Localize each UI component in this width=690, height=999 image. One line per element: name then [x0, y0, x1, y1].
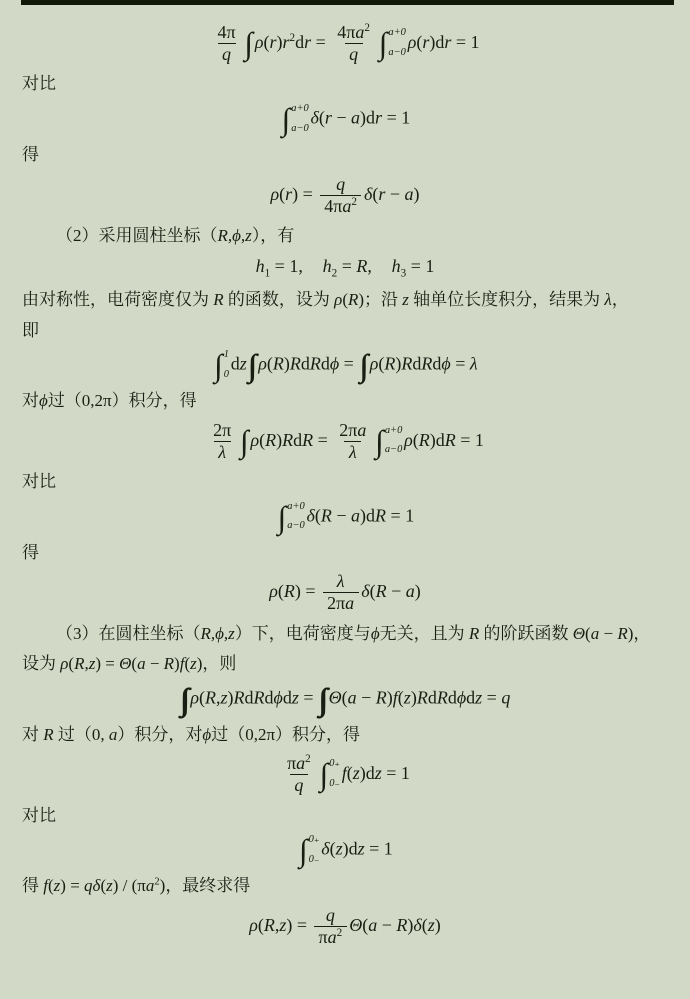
- math-variable: h: [392, 256, 401, 276]
- math-variable: a: [351, 108, 360, 128]
- para-phi-integration-1: 对ϕ过（0,2π）积分，得: [22, 388, 668, 414]
- math-roman: ,: [367, 256, 372, 276]
- math-variable: z: [336, 839, 343, 859]
- math-variable: r: [375, 108, 382, 128]
- math-roman: d: [295, 32, 304, 52]
- formula-rho-Rz-result: ρ(R,z) = qπa2Θ(a − R)δ(z): [22, 905, 668, 948]
- math-variable: ϕ: [457, 687, 466, 707]
- math-variable: a: [137, 654, 146, 673]
- math-variable: R: [419, 429, 430, 449]
- text-run: 得: [22, 543, 39, 562]
- upper-limit: 0₊: [309, 835, 320, 845]
- denominator: 2πa: [323, 592, 359, 614]
- para-compare-3: 对比: [22, 803, 668, 829]
- integral: ∫: [244, 27, 253, 60]
- text-run: 过（0,2π）积分，得: [48, 391, 197, 410]
- math-variable: a: [351, 505, 360, 525]
- math-roman: 4π: [324, 196, 342, 216]
- math-variable: δ: [321, 839, 329, 859]
- math-variable: ϕ: [441, 354, 450, 374]
- integral-stroke: ∫: [318, 683, 327, 716]
- math-roman: =: [337, 256, 356, 276]
- fraction: λ2πa: [323, 571, 359, 614]
- math-roman: −: [332, 505, 351, 525]
- text-run: 对比: [22, 472, 56, 491]
- integral-glyph: ∫∫∫: [181, 683, 188, 716]
- math-roman: ) =: [295, 581, 320, 601]
- lower-limit: a−0: [385, 445, 402, 455]
- numerator: λ: [332, 571, 349, 592]
- math-variable: R: [469, 624, 479, 643]
- formula-cylindrical-normalization: 2πλ∫ρ(R)RdR = 2πaλ∫a+0a−0ρ(R)dR = 1: [22, 420, 668, 463]
- text-run: 对比: [22, 74, 56, 93]
- integral-glyph: ∫: [320, 758, 329, 791]
- math-variable: R: [445, 429, 456, 449]
- math-roman: =: [311, 32, 330, 52]
- math-variable: a: [348, 687, 357, 707]
- math-variable: δ: [361, 581, 369, 601]
- math-variable: z: [353, 763, 360, 783]
- math-variable: R: [164, 654, 174, 673]
- integral-stroke: ∫: [248, 349, 257, 382]
- page-top-border: [21, 0, 674, 5]
- integral-stroke: ∫: [240, 425, 249, 458]
- integral-glyph: ∫: [299, 834, 308, 867]
- math-roman: = 1: [382, 108, 410, 128]
- math-variable: ρ: [404, 429, 413, 449]
- integral-stroke: ∫: [282, 103, 291, 136]
- text-run: 对: [22, 391, 39, 410]
- math-variable: ρ: [190, 687, 199, 707]
- formula-delta-z-normalization: ∫0₊0₋δ(z)dz = 1: [22, 834, 668, 867]
- text-run: ），有: [252, 226, 295, 245]
- integral-limits: a+0a−0: [290, 103, 308, 136]
- math-variable: R: [302, 429, 313, 449]
- math-roman: −: [377, 915, 396, 935]
- text-run: 得: [22, 876, 43, 895]
- para-part3-intro: （3）在圆柱坐标（R,ϕ,z）下，电荷密度与ϕ无关，且为 R 的阶跃函数 Θ(a…: [22, 621, 668, 647]
- text-run: 的函数，设为: [224, 290, 335, 309]
- integral-stroke: ∫: [359, 349, 368, 382]
- para-compare-1: 对比: [22, 71, 668, 97]
- math-variable: R: [401, 354, 412, 374]
- integral-limits: a+0a−0: [387, 27, 405, 60]
- integral-glyph: ∫: [375, 425, 384, 458]
- integral-limits: 10: [223, 349, 229, 382]
- math-variable: ϕ: [371, 624, 380, 643]
- para-that-is: 即: [22, 318, 668, 344]
- math-roman: = 1,: [270, 256, 303, 276]
- math-roman: d: [466, 687, 475, 707]
- integral: ∫0₊0₋: [299, 834, 319, 867]
- math-variable: Θ: [573, 624, 585, 643]
- math-roman: ): [414, 183, 420, 203]
- text-run: （2）采用圆柱坐标（: [56, 226, 218, 245]
- math-roman: 2π: [327, 593, 345, 613]
- integral-glyph: ∫: [214, 349, 223, 382]
- integral-stroke: ∫: [180, 683, 189, 716]
- integral-stroke: ∫: [379, 27, 388, 60]
- text-run: 对比: [22, 806, 56, 825]
- upper-limit: a+0: [287, 502, 304, 512]
- text-run: ）积分，对: [117, 725, 202, 744]
- text-run: 轴单位长度积分，结果为: [409, 290, 605, 309]
- formula-delta-R-normalization: ∫a+0a−0δ(R − a)dR = 1: [22, 501, 668, 534]
- math-variable: R: [617, 624, 627, 643]
- math-variable: r: [325, 108, 332, 128]
- math-variable: R: [396, 915, 407, 935]
- math-roman: 4π: [218, 22, 236, 42]
- formula-spherical-normalization: 4πq∫ρ(r)r2dr = 4πa2q∫a+0a−0ρ(r)dr = 1: [22, 22, 668, 65]
- math-variable: R: [417, 687, 428, 707]
- math-roman: = 1: [456, 429, 484, 449]
- math-variable: z: [358, 839, 365, 859]
- math-variable: R: [290, 354, 301, 374]
- fraction: 2πλ: [209, 420, 236, 463]
- math-variable: R: [384, 354, 395, 374]
- math-variable: R: [74, 654, 84, 673]
- math-variable: h: [323, 256, 332, 276]
- math-variable: R: [43, 725, 53, 744]
- math-variable: λ: [470, 354, 478, 374]
- integral-glyph: ∫∫: [249, 349, 257, 382]
- math-roman: =: [482, 687, 501, 707]
- math-roman: )d: [360, 763, 375, 783]
- integral-limits: 0₊0₋: [328, 758, 340, 791]
- math-variable: a: [406, 581, 415, 601]
- math-variable: R: [273, 354, 284, 374]
- math-roman: −: [387, 581, 406, 601]
- integral: ∫a+0a−0: [375, 425, 402, 458]
- text-run: ；沿: [364, 290, 402, 309]
- lower-limit: 0₋: [329, 779, 340, 789]
- integral: ∫: [240, 425, 249, 458]
- lower-limit: 0: [224, 370, 229, 380]
- superscript: 2: [364, 22, 370, 34]
- math-variable: a: [368, 915, 377, 935]
- text-run: 过（0,2π）积分，得: [211, 725, 360, 744]
- integral-limits: a+0a−0: [384, 425, 402, 458]
- text-run: 无关，且为: [380, 624, 469, 643]
- integral-stroke: ∫: [299, 834, 308, 867]
- math-variable: r: [283, 32, 290, 52]
- upper-limit: a+0: [385, 426, 402, 436]
- math-variable: a: [345, 593, 354, 613]
- text-run: 对: [22, 725, 43, 744]
- math-roman: d: [283, 687, 292, 707]
- upper-limit: a+0: [388, 28, 405, 38]
- math-variable: z: [428, 915, 435, 935]
- lower-limit: a−0: [291, 124, 308, 134]
- math-roman: 2π: [213, 420, 231, 440]
- math-variable: R: [282, 429, 293, 449]
- denominator: q: [345, 43, 363, 65]
- para-symmetry: 由对称性，电荷密度仅为 R 的函数，设为 ρ(R)；沿 z 轴单位长度积分，结果…: [22, 287, 668, 313]
- math-variable: R: [265, 429, 276, 449]
- integral: ∫0₊0₋: [320, 758, 340, 791]
- para-obtain-1: 得: [22, 142, 668, 168]
- math-roman: =: [451, 354, 470, 374]
- math-variable: λ: [349, 442, 357, 462]
- formula-lame-coefficients: h1 = 1,h2 = R,h3 = 1: [22, 255, 668, 282]
- numerator: 4π: [213, 22, 240, 43]
- para-part3-setup: 设为 ρ(R,z) = Θ(a − R)f(z)，则: [22, 651, 668, 677]
- integral-stroke: ∫: [320, 758, 329, 791]
- math-roman: 4π: [337, 22, 355, 42]
- numerator: q: [332, 174, 350, 195]
- math-variable: δ: [307, 505, 315, 525]
- text-run: ，: [633, 624, 650, 643]
- document-page: 4πq∫ρ(r)r2dr = 4πa2q∫a+0a−0ρ(r)dr = 1对比∫…: [0, 0, 690, 999]
- math-variable: ϕ: [39, 391, 48, 410]
- math-variable: ϕ: [202, 725, 211, 744]
- math-variable: Θ: [119, 654, 131, 673]
- numerator: 2πa: [335, 420, 371, 441]
- para-part2-intro: （2）采用圆柱坐标（R,ϕ,z），有: [22, 223, 668, 249]
- math-variable: r: [269, 32, 276, 52]
- math-roman: 2π: [339, 420, 357, 440]
- math-variable: ρ: [249, 915, 258, 935]
- math-variable: a: [328, 927, 337, 947]
- integral-stroke: ∫: [244, 27, 253, 60]
- integral-stroke: ∫: [214, 349, 223, 382]
- math-variable: q: [326, 905, 335, 925]
- math-variable: z: [190, 654, 197, 673]
- math-variable: R: [233, 687, 244, 707]
- fraction: 2πaλ: [335, 420, 371, 463]
- math-variable: z: [106, 876, 113, 895]
- math-roman: =: [313, 429, 332, 449]
- para-final-fz: 得 f(z) = qδ(z) / (πa2)，最终求得: [22, 873, 668, 899]
- math-roman: d: [428, 687, 437, 707]
- math-variable: ϕ: [330, 354, 339, 374]
- math-roman: )d: [360, 505, 375, 525]
- text-run: （3）在圆柱坐标（: [56, 624, 201, 643]
- math-roman: = 1: [382, 763, 410, 783]
- superscript: 2: [337, 927, 343, 939]
- denominator: λ: [214, 441, 231, 463]
- math-roman: −: [599, 624, 617, 643]
- math-roman: ) / (π: [113, 876, 146, 895]
- math-variable: R: [437, 687, 448, 707]
- upper-limit: 0₊: [329, 759, 340, 769]
- integral: ∫∫: [360, 349, 368, 382]
- math-variable: h: [256, 256, 265, 276]
- math-variable: q: [349, 44, 358, 64]
- math-roman: ) =: [60, 876, 84, 895]
- math-variable: R: [375, 505, 386, 525]
- fraction: 4πa2q: [333, 22, 375, 65]
- numerator: q: [321, 905, 339, 926]
- math-roman: ) =: [95, 654, 119, 673]
- math-variable: z: [292, 687, 299, 707]
- math-variable: ϕ: [273, 687, 282, 707]
- integral-limits: a+0a−0: [286, 501, 304, 534]
- integral-glyph: ∫: [278, 501, 287, 534]
- text-run: 设为: [22, 654, 60, 673]
- math-variable: R: [376, 581, 387, 601]
- math-variable: R: [310, 354, 321, 374]
- math-variable: q: [501, 687, 510, 707]
- math-roman: =: [339, 354, 358, 374]
- lower-limit: a−0: [388, 48, 405, 58]
- math-roman: )d: [360, 108, 375, 128]
- text-run: ，则: [202, 654, 236, 673]
- math-roman: −: [332, 108, 351, 128]
- math-variable: a: [357, 420, 366, 440]
- formula-line-charge-integral: ∫10dz∫∫ρ(R)RdRdϕ = ∫∫ρ(R)RdRdϕ = λ: [22, 349, 668, 382]
- math-variable: R,ϕ,z: [218, 226, 252, 245]
- math-roman: = 1: [406, 256, 434, 276]
- text-run: 的阶跃函数: [479, 624, 573, 643]
- math-roman: )d: [430, 429, 445, 449]
- math-variable: δ: [311, 108, 319, 128]
- math-variable: q: [336, 174, 345, 194]
- integral-glyph: ∫: [244, 27, 253, 60]
- math-variable: R: [356, 256, 367, 276]
- math-variable: ρ: [250, 429, 259, 449]
- math-variable: z: [404, 687, 411, 707]
- solution-text-body: 4πq∫ρ(r)r2dr = 4πa2q∫a+0a−0ρ(r)dr = 1对比∫…: [22, 22, 668, 948]
- math-roman: ): [415, 581, 421, 601]
- text-run: 得: [22, 145, 39, 164]
- integral-stroke: ∫: [375, 425, 384, 458]
- integral-stroke: ∫: [278, 501, 287, 534]
- math-variable: a: [296, 753, 305, 773]
- math-variable: R: [264, 915, 275, 935]
- text-run: 即: [22, 321, 39, 340]
- integral: ∫a+0a−0: [278, 501, 305, 534]
- denominator: λ: [344, 441, 361, 463]
- integral-limits: 0₊0₋: [308, 834, 320, 867]
- denominator: πa2: [314, 926, 347, 948]
- math-roman: = 1: [386, 505, 414, 525]
- denominator: q: [290, 774, 308, 796]
- numerator: πa2: [283, 753, 316, 774]
- math-variable: Θ: [329, 687, 342, 707]
- math-roman: d: [293, 429, 302, 449]
- math-variable: R: [376, 687, 387, 707]
- math-variable: q: [294, 775, 303, 795]
- math-variable: a: [591, 624, 600, 643]
- para-compare-2: 对比: [22, 469, 668, 495]
- math-variable: R: [348, 290, 358, 309]
- numerator: 2π: [209, 420, 236, 441]
- math-variable: z: [375, 763, 382, 783]
- integral: ∫∫: [249, 349, 257, 382]
- math-variable: Θ: [349, 915, 362, 935]
- math-roman: −: [146, 654, 164, 673]
- integral-glyph: ∫: [240, 425, 249, 458]
- math-variable: q: [222, 44, 231, 64]
- para-R-phi-integration: 对 R 过（0, a）积分，对ϕ过（0,2π）积分，得: [22, 722, 668, 748]
- integral: ∫a+0a−0: [282, 103, 309, 136]
- math-roman: ): [435, 915, 441, 935]
- math-roman: ) =: [292, 183, 317, 203]
- formula-triple-integral: ∫∫∫ρ(R,z)RdRdϕdz = ∫∫∫Θ(a − R)f(z)RdRdϕd…: [22, 683, 668, 716]
- math-roman: = 1: [451, 32, 479, 52]
- math-variable: λ: [337, 571, 345, 591]
- math-variable: R: [213, 290, 223, 309]
- math-roman: π: [287, 753, 296, 773]
- text-run: ，最终求得: [165, 876, 250, 895]
- math-roman: d: [231, 354, 240, 374]
- superscript: 2: [351, 196, 357, 208]
- fraction: πa2q: [283, 753, 316, 796]
- text-run: ）下，电荷密度与: [235, 624, 371, 643]
- math-variable: R: [321, 505, 332, 525]
- integral-glyph: ∫: [282, 103, 291, 136]
- math-roman: ) =: [286, 915, 311, 935]
- math-variable: λ: [604, 290, 611, 309]
- formula-rho-r-result: ρ(r) = q4πa2δ(r − a): [22, 174, 668, 217]
- upper-limit: a+0: [291, 104, 308, 114]
- math-variable: z: [240, 354, 247, 374]
- denominator: 4πa2: [320, 195, 362, 217]
- math-variable: ρ: [269, 581, 278, 601]
- math-variable: R: [205, 687, 216, 707]
- integral: ∫10: [214, 349, 229, 382]
- para-obtain-2: 得: [22, 540, 668, 566]
- text-run: ，: [612, 290, 629, 309]
- math-roman: )d: [343, 839, 358, 859]
- formula-rho-R-result: ρ(R) = λ2πaδ(R − a): [22, 571, 668, 614]
- math-roman: d: [301, 354, 310, 374]
- integral: ∫∫∫: [320, 683, 327, 716]
- math-roman: −: [385, 183, 404, 203]
- lower-limit: a−0: [287, 521, 304, 531]
- math-roman: d: [448, 687, 457, 707]
- math-roman: −: [357, 687, 376, 707]
- lower-limit: 0₋: [309, 855, 320, 865]
- math-variable: R,ϕ,z: [201, 624, 235, 643]
- upper-limit: 1: [224, 350, 229, 360]
- integral: ∫a+0a−0: [379, 27, 406, 60]
- integral: ∫∫∫: [181, 683, 188, 716]
- integral-glyph: ∫∫: [360, 349, 368, 382]
- fraction: qπa2: [314, 905, 347, 948]
- text-run: 由对称性，电荷密度仅为: [22, 290, 213, 309]
- numerator: 4πa2: [333, 22, 375, 43]
- math-variable: z: [402, 290, 409, 309]
- math-variable: R: [253, 687, 264, 707]
- math-variable: ρ: [270, 183, 279, 203]
- fraction: q4πa2: [320, 174, 362, 217]
- integral-glyph: ∫∫∫: [320, 683, 327, 716]
- math-variable: λ: [218, 442, 226, 462]
- math-variable: R: [421, 354, 432, 374]
- formula-fz-normalization: πa2q∫0₊0₋f(z)dz = 1: [22, 753, 668, 796]
- math-roman: )d: [429, 32, 444, 52]
- math-roman: = 1: [365, 839, 393, 859]
- math-variable: ρ: [258, 354, 267, 374]
- integral-glyph: ∫: [379, 27, 388, 60]
- formula-delta-r-normalization: ∫a+0a−0δ(r − a)dr = 1: [22, 103, 668, 136]
- math-variable: δ: [413, 915, 421, 935]
- math-variable: R: [284, 581, 295, 601]
- math-roman: d: [321, 354, 330, 374]
- superscript: 2: [305, 753, 311, 765]
- math-roman: π: [319, 927, 328, 947]
- fraction: 4πq: [213, 22, 240, 65]
- math-variable: a: [405, 183, 414, 203]
- denominator: q: [218, 43, 236, 65]
- math-roman: =: [299, 687, 318, 707]
- text-run: 过（0,: [54, 725, 109, 744]
- math-variable: qδ: [84, 876, 100, 895]
